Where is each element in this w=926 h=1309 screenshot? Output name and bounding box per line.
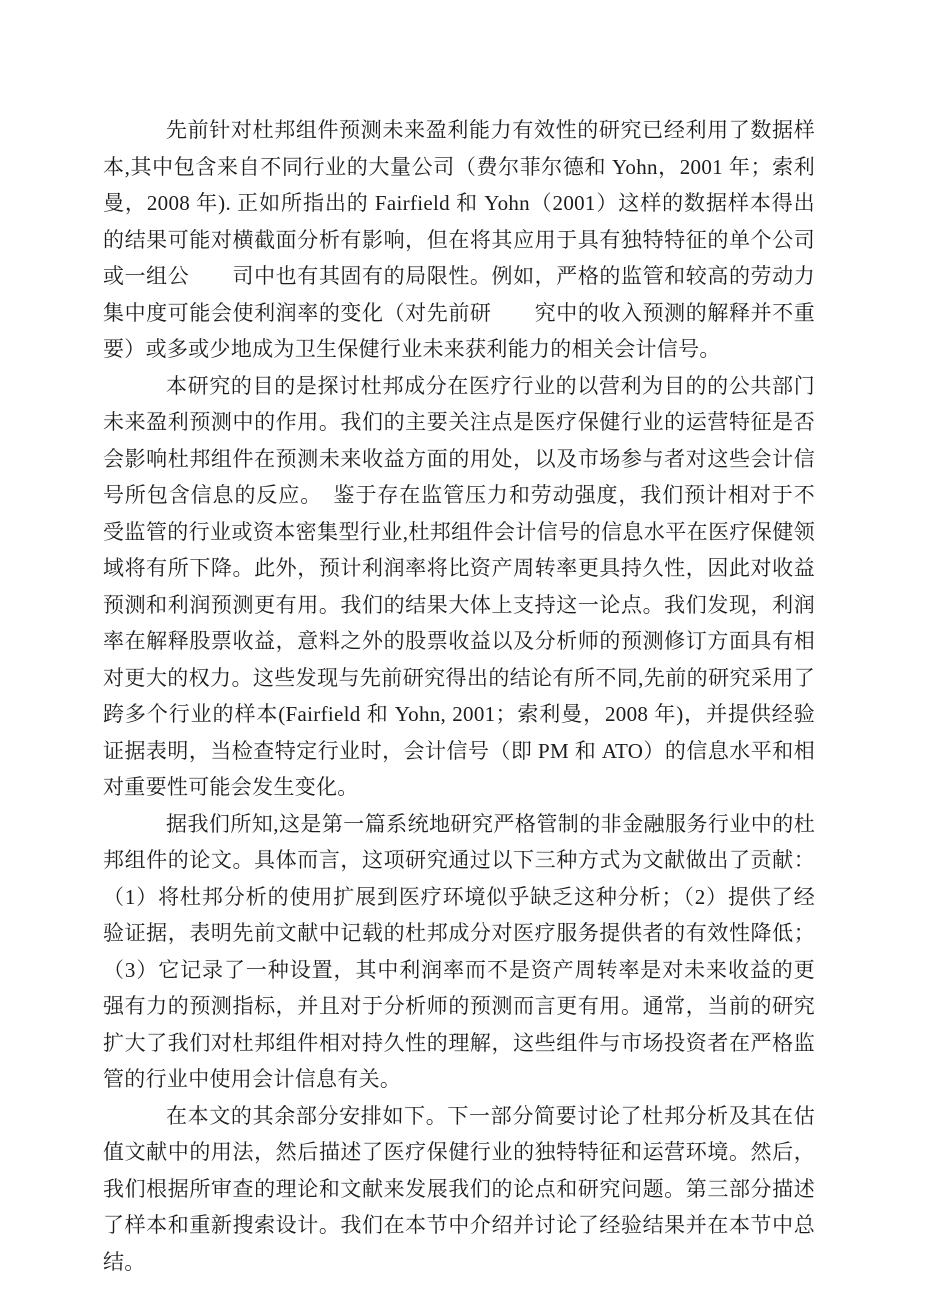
paragraph-outline: 在本文的其余部分安排如下。下一部分简要讨论了杜邦分析及其在估值文献中的用法，然后… xyxy=(103,1098,815,1281)
paragraph-prior-research: 先前针对杜邦组件预测未来盈利能力有效性的研究已经利用了数据样本,其中包含来自不同… xyxy=(103,112,815,368)
paragraph-contributions: 据我们所知,这是第一篇系统地研究严格管制的非金融服务行业中的杜邦组件的论文。具体… xyxy=(103,806,815,1098)
paragraph-study-purpose: 本研究的目的是探讨杜邦成分在医疗行业的以营利为目的的公共部门未来盈利预测中的作用… xyxy=(103,368,815,806)
document-page: 先前针对杜邦组件预测未来盈利能力有效性的研究已经利用了数据样本,其中包含来自不同… xyxy=(103,112,815,1280)
